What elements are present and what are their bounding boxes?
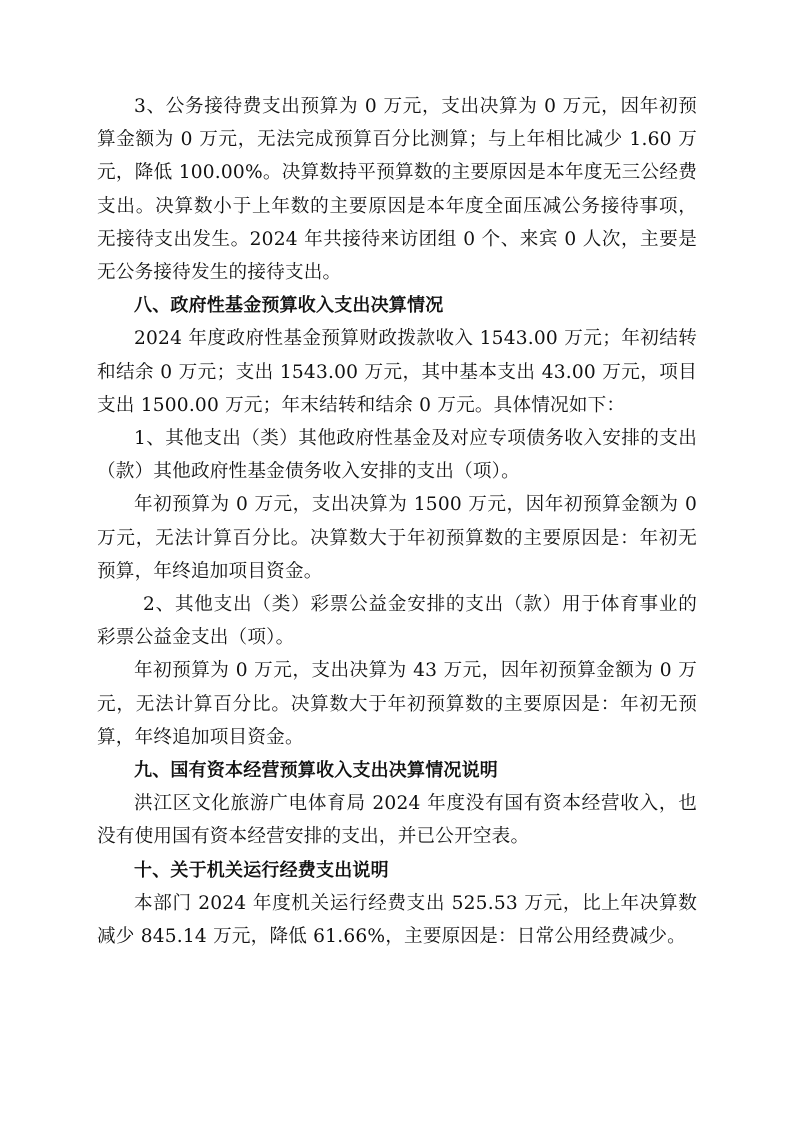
document-page: 3、公务接待费支出预算为 0 万元，支出决算为 0 万元，因年初预算金额为 0 …	[97, 90, 697, 953]
heading-operating-expense: 十、关于机关运行经费支出说明	[97, 854, 697, 887]
paragraph-government-fund-summary: 2024 年度政府性基金预算财政拨款收入 1543.00 万元；年初结转和结余 …	[97, 322, 697, 422]
paragraph-item-2-title: 2、其他支出（类）彩票公益金安排的支出（款）用于体育事业的彩票公益金支出（项）。	[97, 588, 697, 654]
paragraph-reception-expense: 3、公务接待费支出预算为 0 万元，支出决算为 0 万元，因年初预算金额为 0 …	[97, 90, 697, 289]
paragraph-item-2-detail: 年初预算为 0 万元，支出决算为 43 万元，因年初预算金额为 0 万元，无法计…	[97, 654, 697, 754]
paragraph-operating-expense: 本部门 2024 年度机关运行经费支出 525.53 万元，比上年决算数减少 8…	[97, 887, 697, 953]
heading-state-capital: 九、国有资本经营预算收入支出决算情况说明	[97, 754, 697, 787]
heading-government-fund: 八、政府性基金预算收入支出决算情况	[97, 289, 697, 322]
paragraph-state-capital: 洪江区文化旅游广电体育局 2024 年度没有国有资本经营收入，也没有使用国有资本…	[97, 787, 697, 853]
paragraph-item-1-detail: 年初预算为 0 万元，支出决算为 1500 万元，因年初预算金额为 0 万元，无…	[97, 488, 697, 588]
paragraph-item-1-title: 1、其他支出（类）其他政府性基金及对应专项债务收入安排的支出（款）其他政府性基金…	[97, 422, 697, 488]
